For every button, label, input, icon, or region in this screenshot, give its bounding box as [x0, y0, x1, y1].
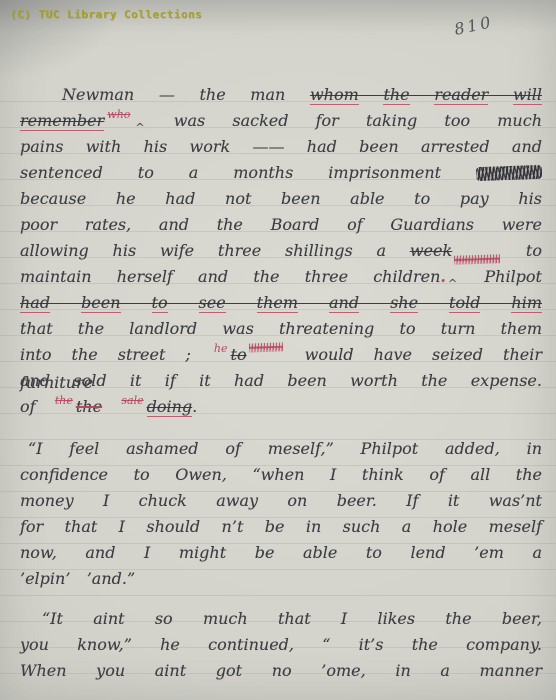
text-segment: allowing his wife three shillings a	[20, 241, 410, 260]
red-insertion-struck: who	[107, 102, 130, 128]
text-segment: and sold it if it had been worth the exp…	[20, 371, 542, 390]
text-segment: confidence to Owen, “when I think of all…	[20, 465, 542, 484]
red-scribble	[454, 254, 500, 265]
manuscript-line: of thethe saledoing.	[20, 394, 542, 420]
red-struck-word: the	[76, 397, 102, 416]
text-segment: for that I should n’t be in such a hole …	[20, 517, 542, 536]
manuscript-line: “I feel ashamed of meself,” Philpot adde…	[20, 436, 542, 462]
struck-word: the	[383, 85, 409, 105]
manuscript-line: allowing his wife three shillings a week…	[20, 238, 542, 264]
manuscript-line: and sold it if it had been worth the exp…	[20, 368, 542, 394]
struck-word: whom	[310, 85, 359, 105]
manuscript-line: because he had not been able to pay his	[20, 186, 542, 212]
text-segment: Philpot	[459, 267, 542, 286]
manuscript-line: you know,” he continued, “ it’s the comp…	[20, 632, 542, 658]
struck-text: week	[410, 241, 452, 260]
text-segment: money I chuck away on beer. If it was’nt	[20, 491, 542, 510]
manuscript-line: that the landlord was threatening to tur…	[20, 316, 542, 342]
manuscript-line: Newman — the man whom the reader will	[20, 82, 542, 108]
struck-text: to	[231, 345, 247, 364]
manuscript-line: poor rates, and the Board of Guardians w…	[20, 212, 542, 238]
text-segment: into the street ;	[20, 345, 211, 364]
text-segment: .	[192, 397, 197, 416]
text-segment: you know,” he continued, “ it’s the comp…	[20, 635, 542, 654]
struck-text-red-underlined: remember	[20, 111, 104, 131]
text-segment: maintain herself and the three children	[20, 267, 440, 286]
red-ink-mark: .	[440, 267, 446, 286]
manuscript-line: into the street ; heto would have seized…	[20, 342, 542, 368]
manuscript-line: When you aint got no ’ome, in a manner	[20, 658, 542, 684]
struck-word: she	[390, 293, 418, 313]
text-segment: sentenced to a months imprisonment	[20, 163, 476, 182]
struck-word: see	[199, 293, 226, 313]
text-segment: that the landlord was threatening to tur…	[20, 319, 542, 338]
text-segment: pains with his work —— had been arrested…	[20, 137, 542, 156]
text-segment: of	[20, 397, 52, 416]
caret-mark: ^	[135, 115, 144, 141]
text-segment: ’elpin’ ’and.”	[20, 569, 135, 588]
text-segment: “I feel ashamed of meself,” Philpot adde…	[28, 439, 542, 458]
text-segment: poor rates, and the Board of Guardians w…	[20, 215, 542, 234]
struck-word: will	[513, 85, 542, 105]
struck-text-red-underlined: had been to see them and she told him	[20, 293, 542, 313]
page-number: 810	[452, 12, 495, 39]
struck-word: to	[152, 293, 168, 313]
struck-word: remember	[20, 111, 104, 131]
text-segment: “It aint so much that I likes the beer,	[42, 609, 542, 628]
red-insertion: he	[214, 336, 228, 362]
manuscript-line: rememberwho^ was sacked for taking too m…	[20, 108, 542, 134]
manuscript-line: ’elpin’ ’and.”	[20, 566, 542, 592]
manuscript-line: maintain herself and the three children.…	[20, 264, 542, 290]
manuscript-line: now, and I might be able to lend ’em a	[20, 540, 542, 566]
caret-mark: ^	[448, 271, 457, 297]
struck-word: and	[329, 293, 359, 313]
red-insertion-struck: sale	[121, 388, 143, 414]
text-segment: When you aint got no ’ome, in a manner	[20, 661, 542, 680]
struck-word: him	[511, 293, 542, 313]
manuscript-line: confidence to Owen, “when I think of all…	[20, 462, 542, 488]
struck-text-red-underlined: doing	[147, 397, 193, 417]
manuscript-line: “It aint so much that I likes the beer,	[20, 606, 542, 632]
manuscript-body: Newman — the man whom the reader willrem…	[20, 82, 542, 684]
text-segment: to	[502, 241, 542, 260]
struck-text-red-underlined: whom the reader will	[310, 85, 542, 105]
text-segment	[102, 397, 118, 416]
manuscript-line: money I chuck away on beer. If it was’nt	[20, 488, 542, 514]
paragraph: “It aint so much that I likes the beer,y…	[20, 606, 542, 684]
text-segment: was sacked for taking too much	[147, 111, 542, 130]
watermark-text: (C) TUC Library Collections	[10, 8, 202, 21]
red-insertion-struck: the	[55, 388, 73, 414]
ink-scribble	[476, 165, 542, 181]
struck-word: had	[20, 293, 50, 313]
manuscript-page: (C) TUC Library Collections 810 Newman —…	[0, 0, 556, 700]
red-scribble	[248, 342, 282, 352]
text-segment: Newman — the man	[62, 85, 310, 104]
manuscript-line: had been to see them and she told him	[20, 290, 542, 316]
manuscript-line: sentenced to a months imprisonment	[20, 160, 542, 186]
text-segment: now, and I might be able to lend ’em a	[20, 543, 542, 562]
manuscript-line: for that I should n’t be in such a hole …	[20, 514, 542, 540]
struck-word: been	[81, 293, 120, 313]
struck-word: doing	[147, 397, 193, 417]
text-segment: because he had not been able to pay his	[20, 189, 542, 208]
manuscript-line: pains with his work —— had been arrested…	[20, 134, 542, 160]
struck-word: reader	[434, 85, 488, 105]
struck-word: them	[257, 293, 298, 313]
paragraph: Newman — the man whom the reader willrem…	[20, 82, 542, 420]
paragraph: “I feel ashamed of meself,” Philpot adde…	[20, 436, 542, 592]
